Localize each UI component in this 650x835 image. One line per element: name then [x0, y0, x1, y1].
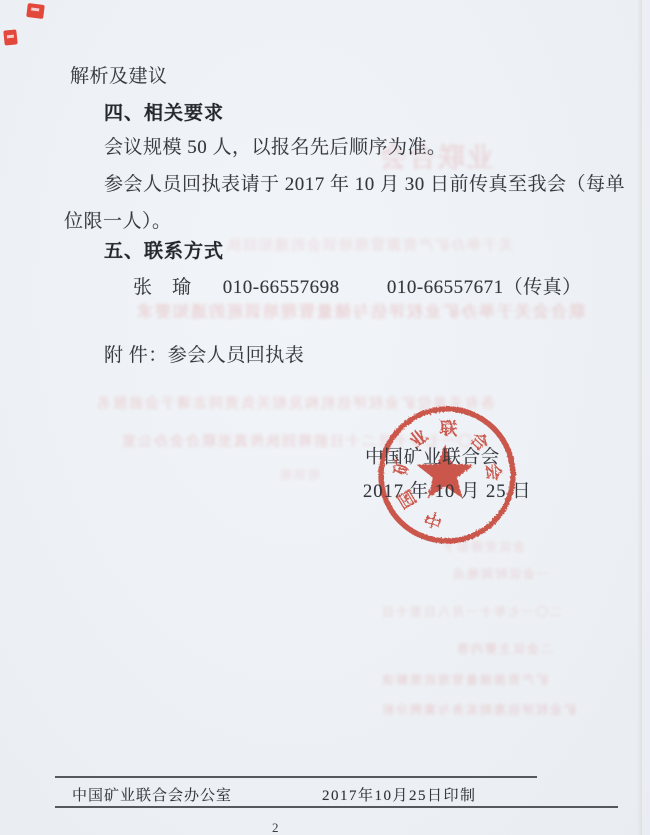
signature-date: 2017 年 10 月 25 日 — [363, 477, 532, 503]
paragraph-reply-line1: 参会人员回执表请于 2017 年 10 月 30 日前传真至我会（每单 — [104, 169, 625, 196]
paragraph-reply-line2: 位限一人）。 — [64, 206, 172, 233]
footer-rule-bottom — [55, 806, 618, 808]
contact-fax: 010-66557671（传真） — [387, 277, 582, 298]
bleedthrough-line: 矿业权评估准则实务与案例分析 — [380, 701, 576, 718]
page-number: 2 — [272, 820, 279, 835]
seal-graphic: 中国矿业联合会 — [372, 400, 522, 550]
seal-artwork: 中国矿业联合会 — [381, 409, 513, 541]
scanned-document-page: 业联合会关于举办矿产资源管理培训会的通知回执联合会关于举办矿业权评估与储量管理培… — [0, 0, 650, 835]
red-corner-mark-2 — [3, 29, 17, 45]
seal-ring-char: 联 — [440, 418, 459, 439]
bleedthrough-line: 二会议主要内容 — [455, 640, 553, 657]
bleedthrough-line: 二〇一七年十一月八日至十日 — [380, 603, 562, 620]
red-corner-mark-2-detail — [7, 35, 14, 39]
bleedthrough-line: 关于举办矿产资源管理培训会的通知回执 — [225, 235, 513, 255]
bleedthrough-line: 联合会关于举办矿业权评估与储量管理培训班的通知要求 — [135, 299, 585, 322]
footer-print-date: 2017年10月25日印制 — [322, 784, 477, 805]
contact-line: 张 瑜 010-66557698 010-66557671（传真） — [133, 272, 582, 299]
signature-org: 中国矿业联合会 — [365, 443, 500, 469]
contact-phone: 010-66557698 — [223, 277, 340, 298]
attachment-line: 附 件：参会人员回执表 — [104, 340, 304, 367]
bleedthrough-line: 培训班 — [278, 466, 320, 483]
footer-office: 中国矿业联合会办公室 — [72, 784, 232, 805]
contact-name: 张 瑜 — [133, 277, 192, 298]
bleedthrough-line: 一会议时间地点 — [451, 565, 549, 582]
section4-heading: 四、相关要求 — [104, 98, 224, 125]
scan-edge-shadow — [637, 0, 642, 835]
section5-heading: 五、联系方式 — [104, 236, 224, 263]
footer-rule-top — [55, 776, 537, 778]
seal-ring-char: 中 — [422, 507, 445, 531]
paragraph-meeting-scale: 会议规模 50 人，以报名先后顺序为准。 — [104, 132, 447, 159]
paragraph-trailing-line: 解析及建议 — [70, 61, 168, 88]
bleedthrough-line: 矿产资源储量管理政策解读 — [380, 671, 548, 688]
official-seal: 中国矿业联合会 — [372, 400, 522, 550]
red-corner-mark-1 — [26, 3, 45, 19]
red-corner-mark-1-detail — [31, 7, 39, 11]
